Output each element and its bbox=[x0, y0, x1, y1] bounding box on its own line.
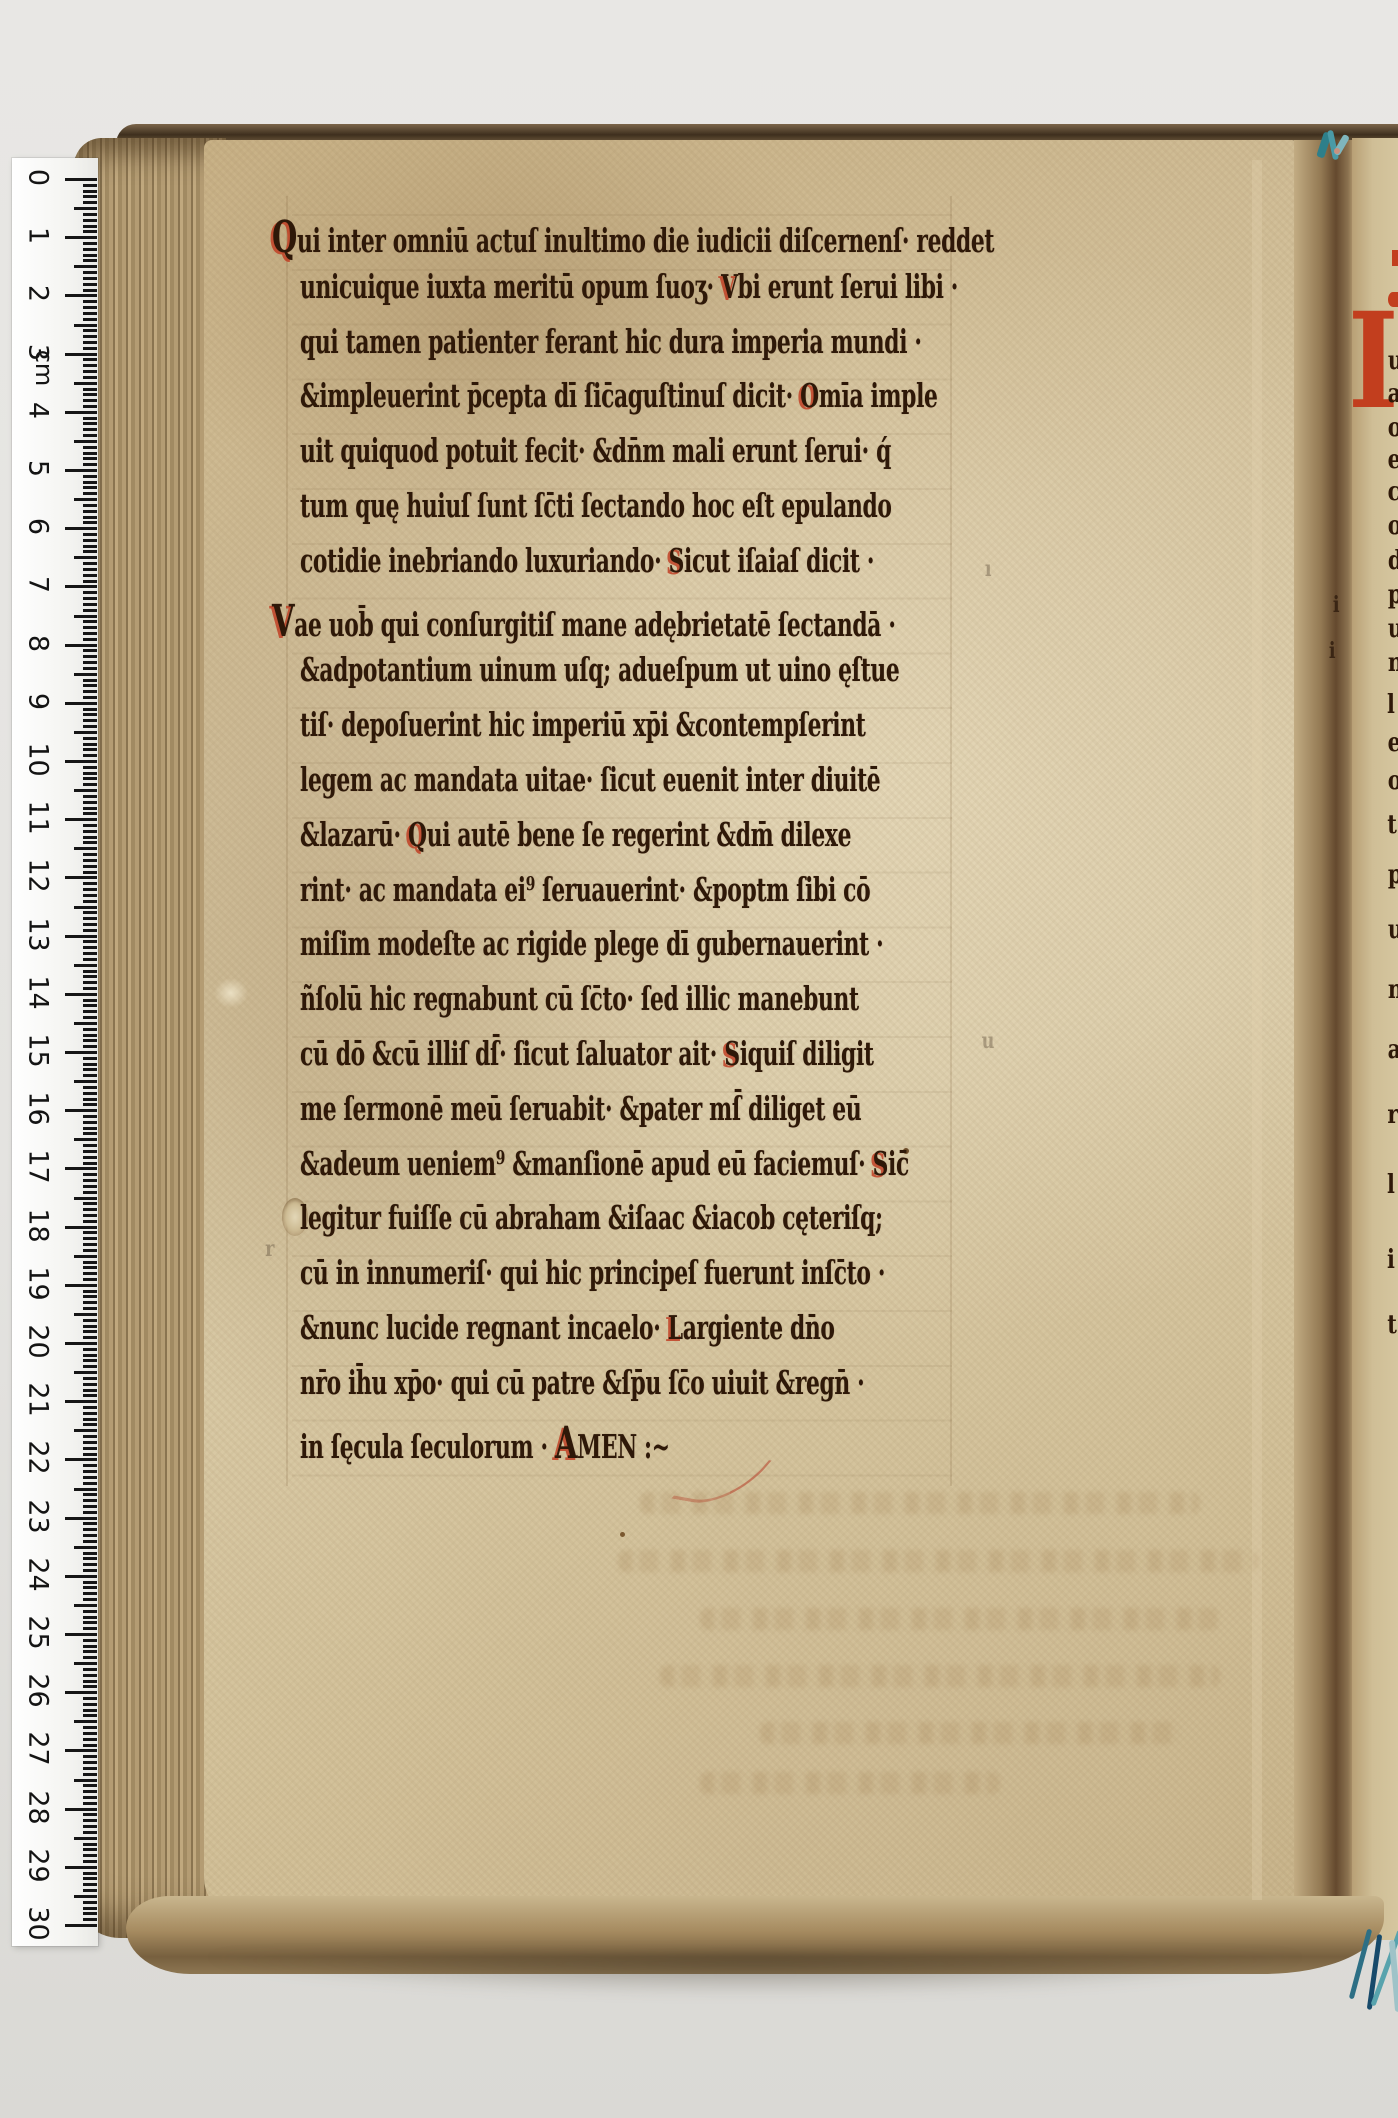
text-run: uit quiquod potuit fecit· &dn̄m mali eru… bbox=[300, 431, 891, 470]
ruler-tick bbox=[83, 1552, 97, 1555]
text-run: bi erunt ſerui libi · bbox=[738, 267, 958, 306]
ruler-tick bbox=[83, 661, 97, 664]
ruler-tick bbox=[83, 620, 97, 623]
ruler-tick bbox=[65, 760, 97, 763]
manuscript-text-line: miſim modeſte ac rigide plege dī guberna… bbox=[300, 924, 883, 963]
ruler-tick bbox=[83, 486, 97, 489]
ruler-tick bbox=[83, 1354, 97, 1357]
ruler-tick bbox=[83, 824, 97, 827]
ruler-tick bbox=[83, 795, 97, 798]
manuscript-text-line: tum quę huiuſ ſunt ſc̄ti ſectando hoc eſ… bbox=[300, 486, 892, 525]
rubric-initial: Q bbox=[408, 815, 427, 854]
ruler-number: 28 bbox=[23, 1785, 54, 1829]
ruler-tick bbox=[83, 894, 97, 897]
ruler-tick bbox=[83, 1912, 97, 1915]
ruler-tick bbox=[83, 1889, 97, 1892]
ruler-tick bbox=[83, 911, 97, 914]
ruler-tick bbox=[74, 1313, 97, 1316]
ruler-tick bbox=[83, 1156, 97, 1159]
ruler-tick bbox=[83, 1423, 97, 1426]
ruler-number: 14 bbox=[23, 970, 54, 1014]
ruler-number: 26 bbox=[23, 1669, 54, 1713]
ruler-tick bbox=[74, 207, 97, 210]
manuscript-photo: Qui inter omniū actuſ inultimo die iudic… bbox=[0, 0, 1398, 2118]
manuscript-text-line: cotidie inebriando luxuriando· Sicut iſa… bbox=[300, 541, 874, 580]
ruler-tick bbox=[83, 1132, 97, 1135]
ruler-tick bbox=[83, 987, 97, 990]
ruler-tick bbox=[83, 975, 97, 978]
ruler-tick bbox=[83, 1249, 97, 1252]
ruler-tick bbox=[65, 411, 97, 414]
ruler-tick bbox=[83, 1482, 97, 1485]
text-run: &adeum ueniem⁹ &manſionē apud eū faciemu… bbox=[300, 1144, 873, 1183]
ruler-number: 8 bbox=[23, 621, 54, 665]
text-run: mīa imple bbox=[819, 376, 938, 415]
ruler-unit-label: cm bbox=[30, 346, 58, 390]
sewing-thread bbox=[1389, 1940, 1398, 2012]
facing-letter-fragment: u bbox=[1388, 915, 1398, 945]
ruler-tick bbox=[65, 527, 97, 530]
ruler-tick bbox=[83, 1470, 97, 1473]
rubric-initial: O bbox=[800, 376, 819, 415]
ruler-tick bbox=[74, 498, 97, 501]
ruler-tick bbox=[83, 1714, 97, 1717]
text-run: rint· ac mandata ei⁹ ſeruauerint· &poptm… bbox=[300, 870, 870, 909]
ruler-tick bbox=[83, 981, 97, 984]
ruler-tick bbox=[83, 812, 97, 815]
ruler-tick bbox=[74, 1895, 97, 1898]
ruler-tick bbox=[65, 1284, 97, 1287]
ruler-tick bbox=[74, 440, 97, 443]
ruler-tick bbox=[83, 289, 97, 292]
ruler-tick bbox=[83, 1703, 97, 1706]
ruler-tick bbox=[83, 1732, 97, 1735]
ruler-tick bbox=[74, 847, 97, 850]
ruler-tick bbox=[83, 364, 97, 367]
ruler-tick bbox=[83, 1034, 97, 1037]
ruler-tick bbox=[83, 510, 97, 513]
ruler-tick bbox=[83, 958, 97, 961]
rubric-initial: A bbox=[555, 1418, 577, 1469]
ruler-tick bbox=[83, 201, 97, 204]
ruler-tick bbox=[83, 1115, 97, 1118]
ruler-tick bbox=[83, 1074, 97, 1077]
ruler-tick bbox=[83, 1674, 97, 1677]
facing-letter-fragment: l bbox=[1387, 1170, 1395, 1200]
text-run: cotidie inebriando luxuriando· bbox=[300, 541, 669, 580]
ruler-tick bbox=[74, 1488, 97, 1491]
facing-letter-fragment: u bbox=[1388, 346, 1398, 376]
ruler-tick bbox=[83, 1383, 97, 1386]
ruler-tick bbox=[83, 1365, 97, 1368]
ruler-tick bbox=[83, 481, 97, 484]
text-run: tiſ· depoſuerint hic imperiū xp̄i &conte… bbox=[300, 705, 865, 744]
ruler-tick bbox=[83, 1650, 97, 1653]
ruler-tick bbox=[83, 772, 97, 775]
ruler-tick bbox=[65, 1691, 97, 1694]
text-run: in ſęcula ſeculorum · bbox=[300, 1427, 555, 1466]
ruler-tick bbox=[74, 1022, 97, 1025]
ruler-tick bbox=[83, 580, 97, 583]
ruler-tick bbox=[65, 353, 97, 356]
ruler-tick bbox=[83, 1499, 97, 1502]
ruler-tick bbox=[83, 1406, 97, 1409]
ruler-tick bbox=[65, 818, 97, 821]
ruler-tick bbox=[83, 888, 97, 891]
ruler-number: 5 bbox=[23, 447, 54, 491]
facing-letter-fragment: d bbox=[1388, 546, 1398, 576]
ruler-tick bbox=[83, 1534, 97, 1537]
ruler-tick bbox=[83, 1010, 97, 1013]
ruler-tick bbox=[83, 679, 97, 682]
ruler-tick bbox=[83, 1121, 97, 1124]
ruler-tick bbox=[83, 1103, 97, 1106]
ruler-tick bbox=[83, 312, 97, 315]
ruler-tick bbox=[65, 1575, 97, 1578]
ruler-tick bbox=[83, 1144, 97, 1147]
ruler-tick bbox=[83, 1877, 97, 1880]
ruler-tick bbox=[83, 1493, 97, 1496]
ruler-tick bbox=[74, 1604, 97, 1607]
ruler-tick bbox=[83, 1237, 97, 1240]
ruler-tick bbox=[83, 655, 97, 658]
ruler-tick bbox=[83, 1394, 97, 1397]
ruler-tick bbox=[83, 1016, 97, 1019]
ruler-tick bbox=[83, 1802, 97, 1805]
ruler-number: 11 bbox=[23, 796, 54, 840]
ruler-tick bbox=[83, 1825, 97, 1828]
ruler-tick bbox=[83, 1243, 97, 1246]
facing-red-letter-fragment bbox=[1392, 250, 1398, 266]
facing-letter-fragment: e bbox=[1388, 445, 1398, 475]
manuscript-text-line: me ſermonē meū ſeruabit· &pater mſ̄ dili… bbox=[300, 1089, 861, 1128]
manuscript-text-line: rint· ac mandata ei⁹ ſeruauerint· &poptm… bbox=[300, 870, 870, 909]
ruler-tick bbox=[83, 1790, 97, 1793]
ruler-tick bbox=[83, 1918, 97, 1921]
ruling-line-outer bbox=[1252, 160, 1262, 1900]
ruler-tick bbox=[74, 964, 97, 967]
ruler-tick bbox=[83, 626, 97, 629]
ruler-tick bbox=[83, 574, 97, 577]
facing-letter-fragment: t bbox=[1387, 1310, 1397, 1340]
text-run: legitur fuiſſe cū abraham &iſaac &iacob … bbox=[300, 1198, 883, 1237]
ruler-tick bbox=[83, 1045, 97, 1048]
ruler-tick bbox=[83, 1028, 97, 1031]
ruler-tick bbox=[83, 1621, 97, 1624]
ruler-tick bbox=[83, 696, 97, 699]
ruler-number: 7 bbox=[23, 563, 54, 607]
manuscript-text-line: &impleuerint p̄cepta dī ſic̄aguſtinuſ di… bbox=[300, 376, 938, 415]
ruler-tick bbox=[83, 1348, 97, 1351]
manuscript-text-line: unicuique iuxta meritū opum ſuoʒ· Vbi er… bbox=[300, 267, 958, 306]
ruler-tick bbox=[65, 702, 97, 705]
text-run: tum quę huiuſ ſunt ſc̄ti ſectando hoc eſ… bbox=[300, 486, 892, 525]
ghost-text-line bbox=[700, 1608, 1220, 1630]
ruler-tick bbox=[83, 1453, 97, 1456]
ruler-tick bbox=[83, 184, 97, 187]
ruler-tick bbox=[83, 690, 97, 693]
text-run: ui autē bene ſe regerint &dm̄ dilexe bbox=[427, 815, 851, 854]
manuscript-text-line: Vae uob̄ qui conſurgitiſ mane adębrietat… bbox=[272, 596, 896, 647]
ruler-tick bbox=[65, 993, 97, 996]
ruler-tick bbox=[74, 1779, 97, 1782]
ruler-tick bbox=[83, 1214, 97, 1217]
rubric-initial: V bbox=[272, 596, 294, 647]
ruler-tick bbox=[83, 1540, 97, 1543]
ruler-tick bbox=[83, 1586, 97, 1589]
bookmark-thread bbox=[1334, 148, 1340, 154]
ruler-number: 30 bbox=[23, 1902, 54, 1946]
text-run: cū in innumeriſ· qui hic principeſ fueru… bbox=[300, 1253, 885, 1292]
ruler-tick bbox=[83, 1039, 97, 1042]
ruler-tick bbox=[74, 324, 97, 327]
ruler-tick bbox=[83, 1627, 97, 1630]
ruler-tick bbox=[83, 446, 97, 449]
ruler-number: 2 bbox=[23, 272, 54, 316]
ruler-tick bbox=[83, 1639, 97, 1642]
text-run: qui tamen patienter ferant hic dura impe… bbox=[300, 322, 922, 361]
book-gutter-fold bbox=[1294, 140, 1354, 1932]
facing-letter-fragment: a bbox=[1388, 379, 1398, 409]
text-run: ic̄ bbox=[888, 1144, 909, 1183]
facing-letter-fragment: a bbox=[1388, 1035, 1398, 1065]
ruler-tick bbox=[83, 329, 97, 332]
ruler-tick bbox=[74, 731, 97, 734]
ruler-tick bbox=[83, 871, 97, 874]
ruler-tick bbox=[83, 1179, 97, 1182]
ruler-tick bbox=[74, 556, 97, 559]
manuscript-text-line: &nunc lucide regnant incaelo· Largiente … bbox=[300, 1308, 835, 1347]
ruler-tick bbox=[83, 1831, 97, 1834]
ruler-tick bbox=[83, 428, 97, 431]
ruler-tick bbox=[83, 219, 97, 222]
ruler-tick bbox=[65, 1400, 97, 1403]
manuscript-text-line: in ſęcula ſeculorum · AMEN :~ bbox=[300, 1418, 670, 1469]
ruler-tick bbox=[83, 1208, 97, 1211]
ruler-tick bbox=[83, 1389, 97, 1392]
ruler-tick bbox=[83, 545, 97, 548]
ruler-tick bbox=[65, 1633, 97, 1636]
facing-letter-fragment: p bbox=[1388, 580, 1398, 610]
ruler-tick bbox=[83, 807, 97, 810]
ruler-tick bbox=[83, 1645, 97, 1648]
ruler-tick bbox=[83, 900, 97, 903]
ruler-tick bbox=[74, 1546, 97, 1549]
ruler-tick bbox=[74, 1197, 97, 1200]
facing-letter-fragment: n bbox=[1388, 975, 1398, 1005]
ruler-tick bbox=[65, 178, 97, 181]
ruler-tick bbox=[83, 748, 97, 751]
ruler-tick bbox=[83, 649, 97, 652]
ruler-tick bbox=[65, 585, 97, 588]
ruler-tick bbox=[83, 1098, 97, 1101]
ruler-tick bbox=[83, 1755, 97, 1758]
ruler-number: 20 bbox=[23, 1320, 54, 1364]
ruler-tick bbox=[83, 1412, 97, 1415]
ruler-tick bbox=[74, 906, 97, 909]
ruler-tick bbox=[83, 1307, 97, 1310]
ruler-tick bbox=[83, 1359, 97, 1362]
ruler-tick bbox=[83, 242, 97, 245]
facing-letter-fragment: o bbox=[1388, 511, 1398, 541]
manuscript-text-line: &adpotantium uinum uſq; adueſpum ut uino… bbox=[300, 650, 899, 689]
ruler-tick bbox=[83, 1709, 97, 1712]
ruler-tick bbox=[83, 1162, 97, 1165]
ruler-tick bbox=[83, 434, 97, 437]
text-run: me ſermonē meū ſeruabit· &pater mſ̄ dili… bbox=[300, 1089, 861, 1128]
ruler-tick bbox=[83, 521, 97, 524]
ruler-number: 15 bbox=[23, 1029, 54, 1073]
ruler-tick bbox=[83, 1726, 97, 1729]
manuscript-text-line: tiſ· depoſuerint hic imperiū xp̄i &conte… bbox=[300, 705, 865, 744]
ruler-tick bbox=[83, 195, 97, 198]
ruler-tick bbox=[83, 917, 97, 920]
ruler-tick bbox=[83, 1336, 97, 1339]
ruler-number: 17 bbox=[23, 1145, 54, 1189]
ruler-number: 18 bbox=[23, 1203, 54, 1247]
ruler-tick bbox=[83, 859, 97, 862]
manuscript-text-line: ñſolū hic regnabunt cū ſc̄to· ſed illic … bbox=[300, 979, 859, 1018]
ruler-tick bbox=[83, 399, 97, 402]
rubric-initial: S bbox=[669, 541, 684, 580]
ruler-tick bbox=[74, 1720, 97, 1723]
ruler-number: 4 bbox=[23, 388, 54, 432]
ruler-tick bbox=[83, 766, 97, 769]
rubric-initial: S bbox=[724, 1034, 739, 1073]
ghost-text-line bbox=[618, 1550, 1258, 1572]
ruler-tick bbox=[83, 1086, 97, 1089]
ruler-tick bbox=[65, 644, 97, 647]
ruler-tick bbox=[65, 1924, 97, 1927]
ruler-tick bbox=[83, 539, 97, 542]
ruler-tick bbox=[83, 783, 97, 786]
ruler-tick bbox=[83, 1697, 97, 1700]
ruler-tick bbox=[83, 1004, 97, 1007]
margin-mark: i bbox=[1329, 638, 1336, 664]
ruler-tick bbox=[65, 1749, 97, 1752]
text-run: miſim modeſte ac rigide plege dī guberna… bbox=[300, 924, 883, 963]
ruler-tick bbox=[83, 1522, 97, 1525]
ruler-tick bbox=[83, 591, 97, 594]
ruler-tick bbox=[83, 1616, 97, 1619]
ruler-number: 1 bbox=[23, 214, 54, 258]
ruler-tick bbox=[83, 1272, 97, 1275]
ruler-tick bbox=[83, 667, 97, 670]
ghost-text-line bbox=[760, 1722, 1180, 1744]
ruler-tick bbox=[83, 603, 97, 606]
ruler-tick bbox=[83, 929, 97, 932]
manuscript-text-line: cū in innumeriſ· qui hic principeſ fueru… bbox=[300, 1253, 885, 1292]
manuscript-text-line: legitur fuiſſe cū abraham &iſaac &iacob … bbox=[300, 1198, 883, 1237]
margin-mark: i bbox=[1333, 592, 1340, 618]
ruler-number: 0 bbox=[23, 156, 54, 200]
ruler-tick bbox=[83, 1610, 97, 1613]
ruler-tick bbox=[74, 382, 97, 385]
ruler-tick bbox=[83, 254, 97, 257]
ruler-tick bbox=[83, 725, 97, 728]
facing-letter-fragment: n bbox=[1388, 648, 1398, 678]
ruler-tick bbox=[83, 1068, 97, 1071]
facing-letter-fragment: o bbox=[1388, 413, 1398, 443]
ruler-tick bbox=[83, 1447, 97, 1450]
ruler-tick bbox=[83, 1185, 97, 1188]
ruler-tick bbox=[83, 516, 97, 519]
ruler-tick bbox=[83, 638, 97, 641]
ruler-tick bbox=[83, 300, 97, 303]
ruler-tick bbox=[83, 609, 97, 612]
ruler-tick bbox=[83, 452, 97, 455]
text-run: ñſolū hic regnabunt cū ſc̄to· ſed illic … bbox=[300, 979, 859, 1018]
ruler-tick bbox=[83, 1592, 97, 1595]
ruler-tick bbox=[83, 1680, 97, 1683]
ruler-tick bbox=[83, 737, 97, 740]
ruler-tick bbox=[83, 1773, 97, 1776]
ruler-tick bbox=[83, 940, 97, 943]
ruler-tick bbox=[65, 1808, 97, 1811]
ruler-tick bbox=[65, 294, 97, 297]
ruler-tick bbox=[83, 1685, 97, 1688]
ruler-tick bbox=[83, 376, 97, 379]
ruler-tick bbox=[83, 533, 97, 536]
ruler-tick bbox=[83, 1511, 97, 1514]
ruler-tick bbox=[83, 1377, 97, 1380]
ruler-tick bbox=[83, 492, 97, 495]
manuscript-text-line: Qui inter omniū actuſ inultimo die iudic… bbox=[272, 212, 994, 263]
manuscript-text-line: nr̄o ih̄u xp̄o· qui cū patre &ſp̄u ſc̄o … bbox=[300, 1363, 864, 1402]
ruler-tick bbox=[83, 1441, 97, 1444]
text-run: nr̄o ih̄u xp̄o· qui cū patre &ſp̄u ſc̄o … bbox=[300, 1363, 864, 1402]
ruler-tick bbox=[83, 632, 97, 635]
ruler-tick bbox=[83, 1848, 97, 1851]
manuscript-text-line: uit quiquod potuit fecit· &dn̄m mali eru… bbox=[300, 431, 891, 470]
ruler-tick bbox=[83, 1057, 97, 1060]
ruler-tick bbox=[74, 265, 97, 268]
text-run: legem ac mandata uitae· ſicut euenit int… bbox=[300, 760, 880, 799]
ruler-tick bbox=[65, 935, 97, 938]
ruler-tick bbox=[83, 259, 97, 262]
ruler-tick bbox=[83, 719, 97, 722]
ruler-tick bbox=[74, 1138, 97, 1141]
facing-letter-fragment: c bbox=[1388, 477, 1398, 507]
rubric-initial: Q bbox=[272, 212, 297, 263]
text-run: &impleuerint p̄cepta dī ſic̄aguſtinuſ di… bbox=[300, 376, 800, 415]
ruler-tick bbox=[83, 1290, 97, 1293]
ruler-tick bbox=[83, 370, 97, 373]
book-shadow bbox=[140, 1954, 1370, 2010]
facing-letter-fragment: u bbox=[1388, 614, 1398, 644]
ruler-number: 21 bbox=[23, 1378, 54, 1422]
ruler-tick bbox=[83, 1266, 97, 1269]
ruler-number: 27 bbox=[23, 1727, 54, 1771]
ruler-tick bbox=[65, 1167, 97, 1170]
ruler-tick bbox=[65, 1458, 97, 1461]
ruler-tick bbox=[83, 388, 97, 391]
ruler-tick bbox=[83, 463, 97, 466]
ruler-tick bbox=[83, 777, 97, 780]
ruler-tick bbox=[83, 970, 97, 973]
ruler-tick bbox=[83, 1330, 97, 1333]
ruler-tick bbox=[83, 1569, 97, 1572]
ruler-tick bbox=[65, 1517, 97, 1520]
ruler-number: 29 bbox=[23, 1843, 54, 1887]
ghost-text-line bbox=[660, 1665, 1220, 1687]
ruler-tick bbox=[83, 1325, 97, 1328]
ruler-tick bbox=[74, 1662, 97, 1665]
ruler-tick bbox=[74, 789, 97, 792]
ruler-tick bbox=[83, 1301, 97, 1304]
ruler-tick bbox=[83, 1843, 97, 1846]
facing-letter-fragment: e bbox=[1388, 728, 1398, 758]
